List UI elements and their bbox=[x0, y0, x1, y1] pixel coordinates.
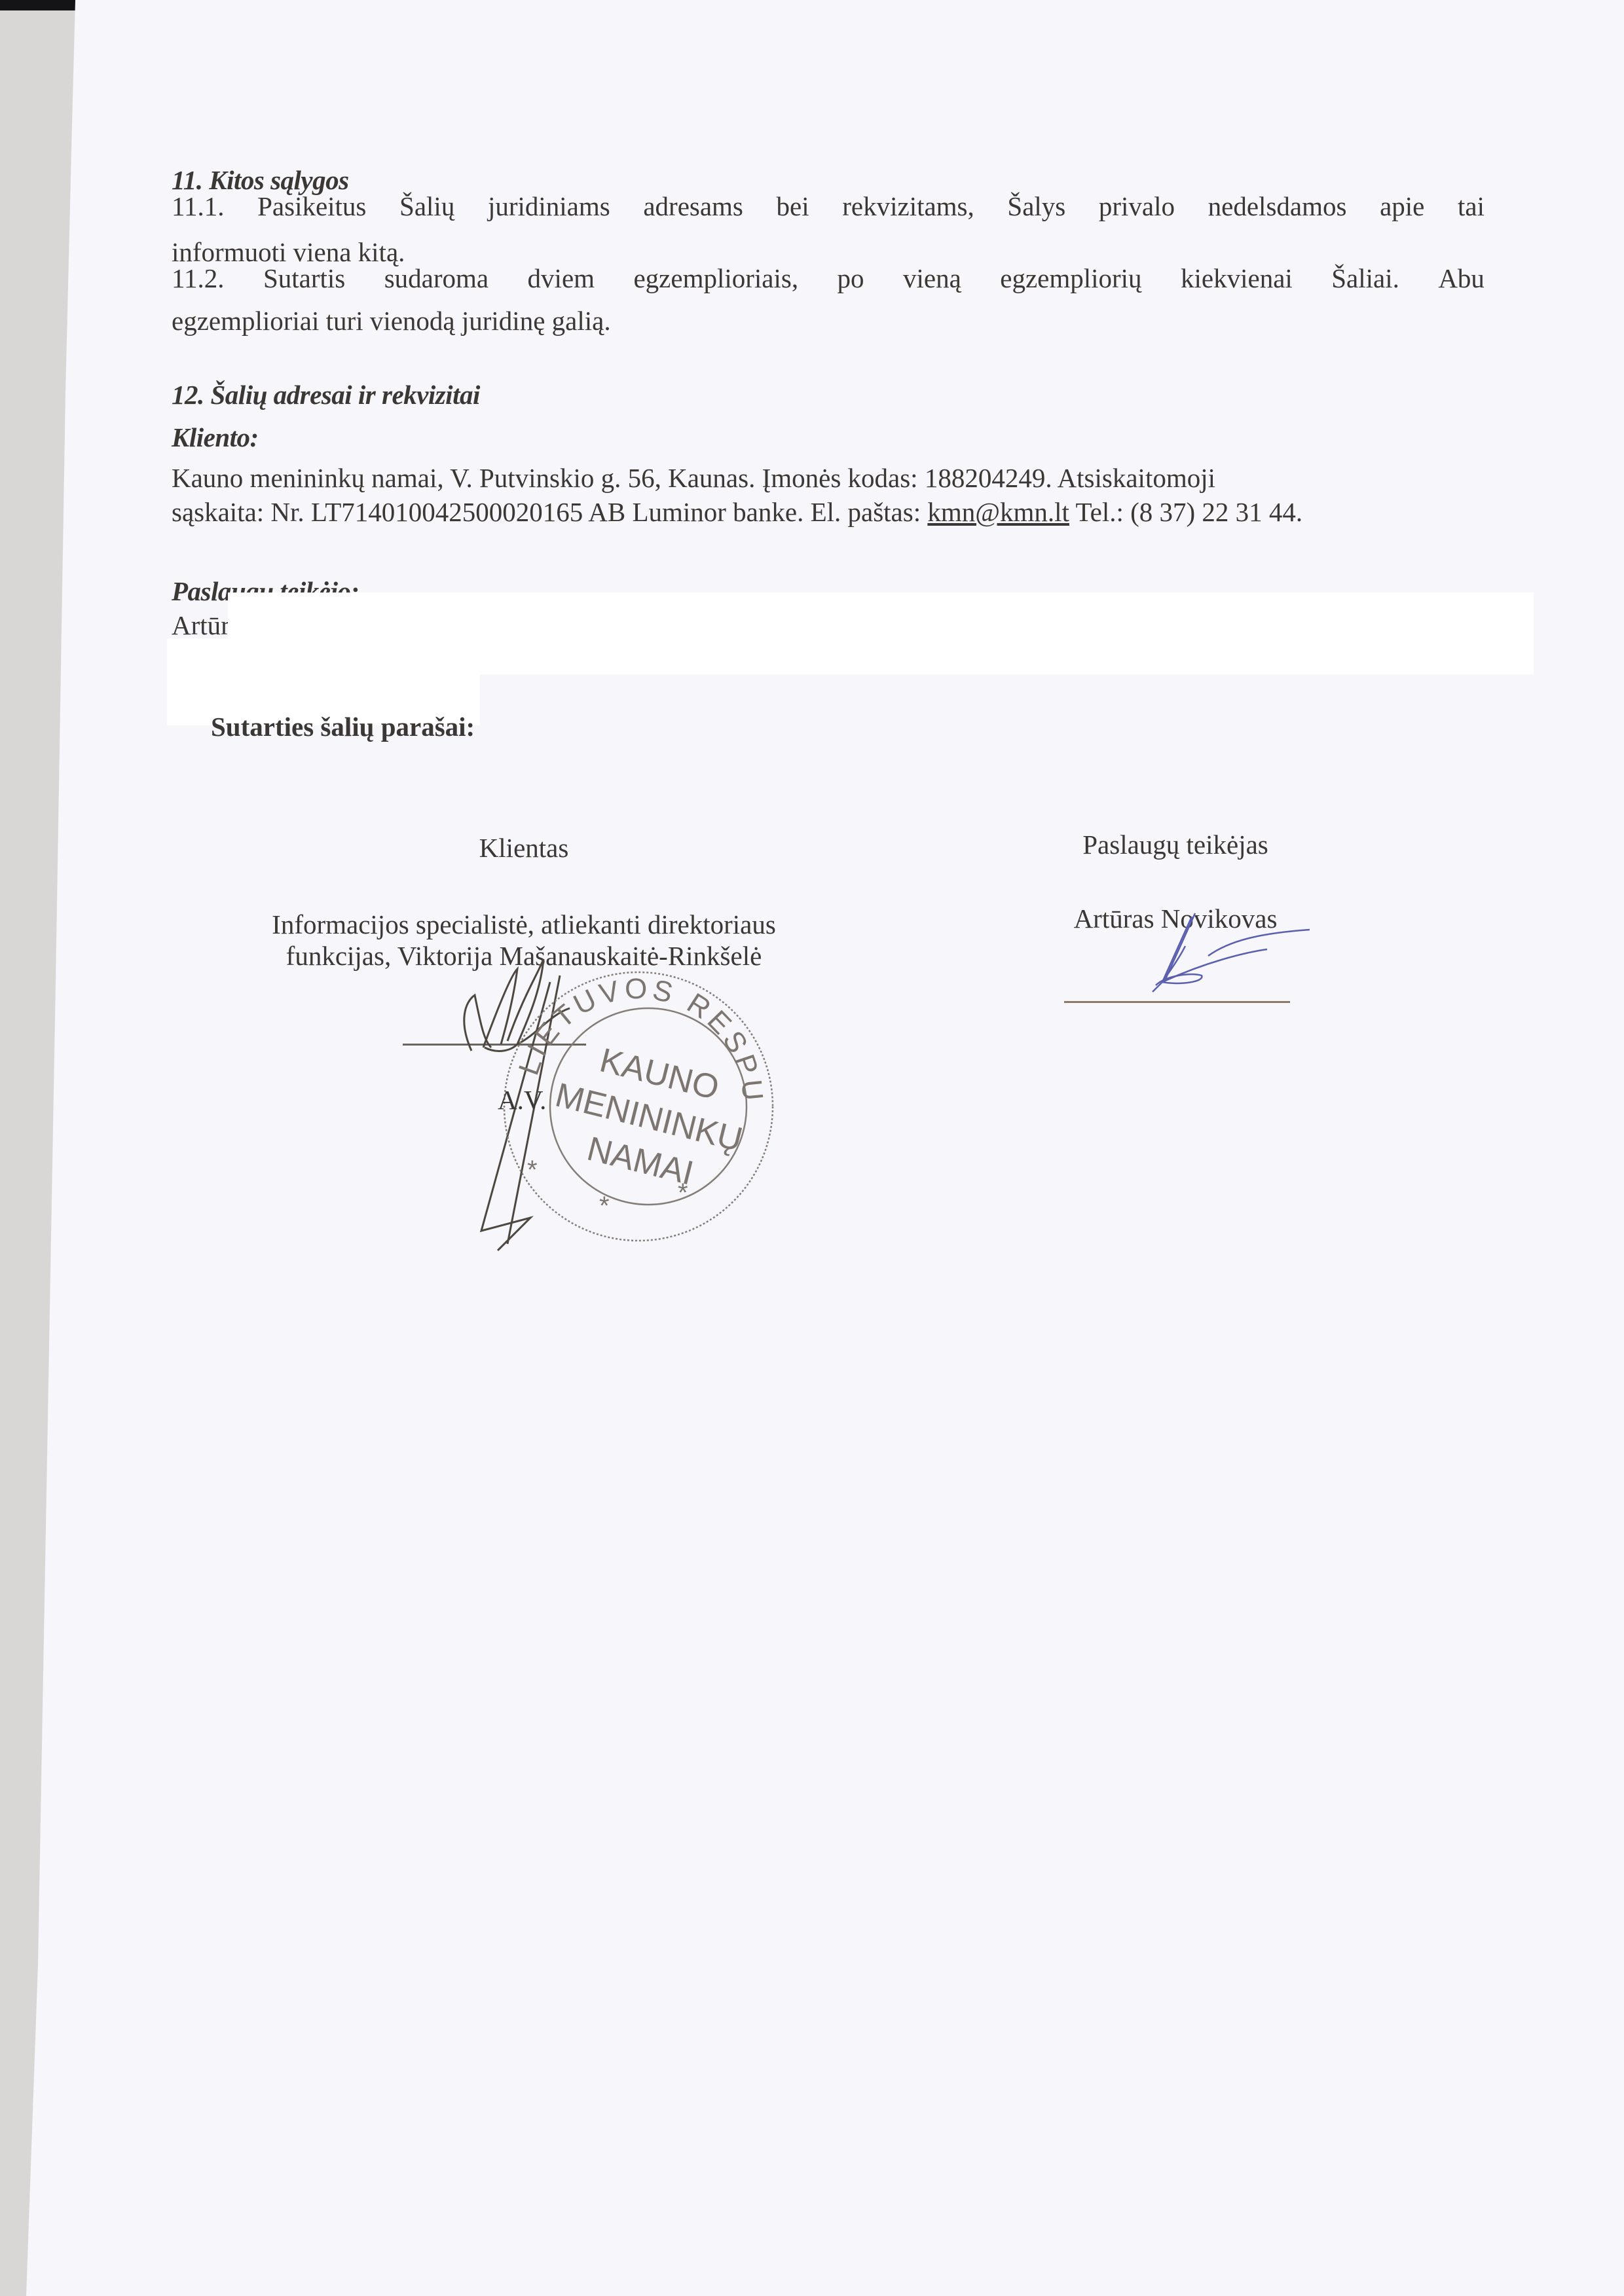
word: egzemplioriais, bbox=[633, 265, 798, 292]
scanner-edge-bar bbox=[0, 0, 75, 10]
svg-text:*: * bbox=[678, 1178, 688, 1207]
clause-11-2-line-2: egzemplioriai turi vienodą juridinę gali… bbox=[172, 308, 611, 335]
word: Šalių bbox=[399, 193, 454, 220]
section-11-heading: 11. Kitos sąlygos bbox=[172, 167, 349, 194]
word: bei bbox=[777, 193, 809, 220]
word: kiekvienai bbox=[1181, 265, 1293, 292]
word: adresams bbox=[643, 193, 743, 220]
client-email-link[interactable]: kmn@kmn.lt bbox=[927, 497, 1069, 527]
client-title-line-1: Informacijos specialistė, atliekanti dir… bbox=[210, 911, 838, 938]
word: vieną bbox=[903, 265, 961, 292]
word: 11.2. bbox=[172, 265, 224, 292]
provider-signature-line bbox=[1064, 1001, 1290, 1003]
word: Sutartis bbox=[263, 265, 345, 292]
client-account-text: sąskaita: Nr. LT714010042500020165 AB Lu… bbox=[172, 497, 927, 527]
word: po bbox=[838, 265, 864, 292]
client-phone-text: Tel.: (8 37) 22 31 44. bbox=[1069, 497, 1302, 527]
word: Šaliai. bbox=[1331, 265, 1399, 292]
clause-11-2-line-1: 11.2.Sutartissudaromadviemegzemplioriais… bbox=[172, 265, 1485, 292]
clause-11-1-line-2: informuoti viena kitą. bbox=[172, 239, 405, 266]
provider-role: Paslaugų teikėjas bbox=[1022, 831, 1329, 858]
word: sudaroma bbox=[384, 265, 489, 292]
clause-11-1-line-1: 11.1.PasikeitusŠaliųjuridiniamsadresamsb… bbox=[172, 193, 1485, 220]
word: tai bbox=[1458, 193, 1485, 220]
client-address-line-1: Kauno menininkų namai, V. Putvinskio g. … bbox=[172, 465, 1215, 492]
provider-signature-icon bbox=[1113, 910, 1323, 995]
word: Abu bbox=[1438, 265, 1485, 292]
word: apie bbox=[1380, 193, 1424, 220]
word: nedelsdamos bbox=[1208, 193, 1347, 220]
seal-mark: A.V. bbox=[498, 1087, 546, 1114]
svg-text:*: * bbox=[599, 1192, 610, 1220]
word: rekvizitams, bbox=[842, 193, 974, 220]
signatures-heading: Sutarties šalių parašai: bbox=[211, 714, 475, 740]
document-page bbox=[0, 0, 1624, 2296]
client-address-line-2: sąskaita: Nr. LT714010042500020165 AB Lu… bbox=[172, 499, 1302, 526]
word: privalo bbox=[1099, 193, 1175, 220]
word: 11.1. bbox=[172, 193, 224, 220]
section-12-heading: 12. Šalių adresai ir rekvizitai bbox=[172, 382, 480, 409]
word: egzempliorių bbox=[1000, 265, 1141, 292]
word: Šalys bbox=[1007, 193, 1065, 220]
word: dviem bbox=[528, 265, 595, 292]
word: Pasikeitus bbox=[257, 193, 366, 220]
redaction-box-1 bbox=[228, 592, 1534, 674]
redaction-box-2 bbox=[167, 638, 236, 674]
client-label: Kliento: bbox=[172, 424, 259, 451]
svg-text:*: * bbox=[527, 1156, 538, 1184]
word: juridiniams bbox=[488, 193, 610, 220]
client-role: Klientas bbox=[327, 835, 720, 862]
